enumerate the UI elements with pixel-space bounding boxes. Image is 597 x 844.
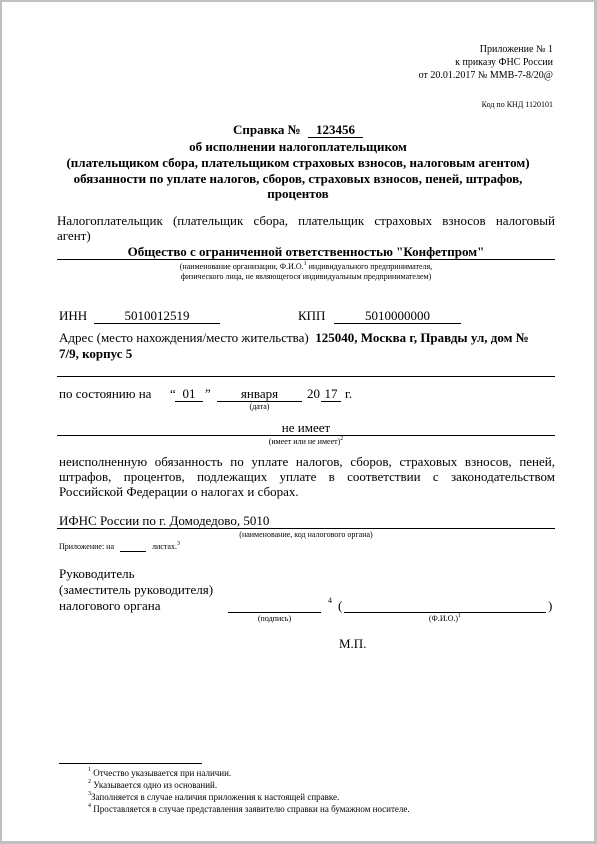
tax-authority: ИФНС России по г. Домодедово, 5010: [59, 513, 269, 528]
body-line-3: Российской Федерации о налогах и сборах.: [59, 484, 299, 499]
title-line-5: процентов: [2, 186, 594, 201]
footnote-number: 4: [88, 803, 91, 809]
footnote-3: 3Заполняется в случае наличия приложения…: [88, 792, 339, 803]
caption-text: (Ф.И.О.): [429, 614, 458, 623]
signature-line: [228, 612, 321, 613]
title-line-2: об исполнении налогоплательщиком: [2, 139, 594, 154]
caption-text: (наименование организации, Ф.И.О.: [180, 262, 304, 271]
inn-value: 5010012519: [94, 308, 220, 324]
signer-role-line-1: Руководитель: [59, 566, 135, 581]
appendix-line-2: к приказу ФНС России: [455, 57, 553, 69]
address-value-2: 7/9, корпус 5: [59, 346, 132, 361]
date-year-prefix: 20: [307, 386, 320, 401]
title-line-3: (плательщиком сбора, плательщиком страхо…: [2, 155, 594, 170]
attachment-suffix: листах.: [152, 542, 177, 551]
attachment-sheets: [120, 542, 146, 552]
certificate-title: Справка № 123456: [2, 122, 594, 138]
footnote-2: 2 Указывается одно из оснований.: [88, 780, 217, 791]
stamp-placeholder: М.П.: [339, 636, 366, 651]
footnote-number: 1: [88, 767, 91, 773]
footnote-ref-4: 4: [328, 596, 332, 606]
appendix-line-3: от 20.01.2017 № ММВ-7-8/20@: [419, 70, 553, 82]
address-value-1: 125040, Москва г, Правды ул, дом №: [315, 330, 529, 345]
taxpayer-label-line-1: Налогоплательщик (плательщик сбора, плат…: [57, 213, 555, 228]
date-year-label: г.: [345, 386, 352, 401]
taxpayer-name-underline: [57, 259, 555, 260]
taxpayer-caption-line-2: физического лица, не являющегося индивид…: [57, 272, 555, 282]
signer-role-line-2: (заместитель руководителя): [59, 582, 213, 597]
taxpayer-caption-line-1: (наименование организации, Ф.И.О.1 индив…: [57, 262, 555, 272]
date-caption: (дата): [217, 402, 302, 412]
date-year-suffix: 17: [321, 386, 341, 402]
date-close-quote: ”: [205, 386, 211, 401]
caption-text: индивидуального предпринимателя,: [307, 262, 433, 271]
footnote-text: Заполняется в случае наличия приложения …: [91, 792, 339, 802]
fio-caption: (Ф.И.О.)1: [344, 614, 546, 624]
date-day: 01: [175, 386, 203, 402]
inn-label: ИНН: [59, 308, 87, 323]
footnote-ref: 2: [340, 436, 343, 442]
footnote-1: 1 Отчество указывается при наличии.: [88, 768, 231, 779]
taxpayer-label-line-2: агент): [57, 228, 91, 243]
footnote-ref: 1: [458, 613, 461, 619]
body-line-1: неисполненную обязанность по уплате нало…: [59, 454, 555, 469]
signer-role-line-3: налогового органа: [59, 598, 160, 613]
footnote-text: Отчество указывается при наличии.: [93, 768, 231, 778]
address-line-1: Адрес (место нахождения/место жительства…: [59, 330, 529, 345]
footnote-text: Проставляется в случае представления зая…: [93, 804, 409, 814]
footnote-number: 3: [88, 791, 91, 797]
date-month: января: [217, 386, 302, 402]
footnote-4: 4 Проставляется в случае представления з…: [88, 804, 410, 815]
address-underline: [57, 376, 555, 377]
kpp-label: КПП: [298, 308, 325, 323]
footnote-ref: 3: [177, 541, 180, 547]
footnote-separator: [59, 763, 202, 764]
date-prefix: по состоянию на: [59, 386, 151, 401]
appendix-line-1: Приложение № 1: [480, 44, 553, 56]
fio-close-paren: ): [548, 598, 552, 613]
footnote-number: 2: [88, 779, 91, 785]
certificate-label: Справка №: [233, 122, 301, 137]
taxpayer-name: Общество с ограниченной ответственностью…: [57, 244, 555, 259]
address-label: Адрес (место нахождения/место жительства…: [59, 330, 309, 345]
title-line-4: обязанности по уплате налогов, сборов, с…: [2, 171, 594, 186]
authority-underline: [57, 528, 555, 529]
authority-caption: (наименование, код налогового органа): [57, 530, 555, 540]
body-line-2: штрафов, процентов, подлежащих уплате в …: [59, 469, 555, 484]
fio-open-paren: (: [338, 598, 342, 613]
kpp-value: 5010000000: [334, 308, 461, 324]
footnote-ref: 1: [304, 261, 307, 267]
fio-line: [344, 612, 546, 613]
caption-text: (имеет или не имеет): [269, 437, 341, 446]
status-caption: (имеет или не имеет)2: [57, 437, 555, 447]
attachment-line: Приложение: на листах.3: [59, 542, 180, 552]
certificate-number: 123456: [308, 122, 363, 138]
attachment-prefix: Приложение: на: [59, 542, 114, 551]
knd-code: Код по КНД 1120101: [482, 100, 553, 110]
status-underline: [57, 435, 555, 436]
signature-caption: (подпись): [228, 614, 321, 624]
obligation-status: не имеет: [57, 420, 555, 435]
document-page: Приложение № 1 к приказу ФНС России от 2…: [2, 2, 594, 841]
footnote-text: Указывается одно из оснований.: [93, 780, 217, 790]
